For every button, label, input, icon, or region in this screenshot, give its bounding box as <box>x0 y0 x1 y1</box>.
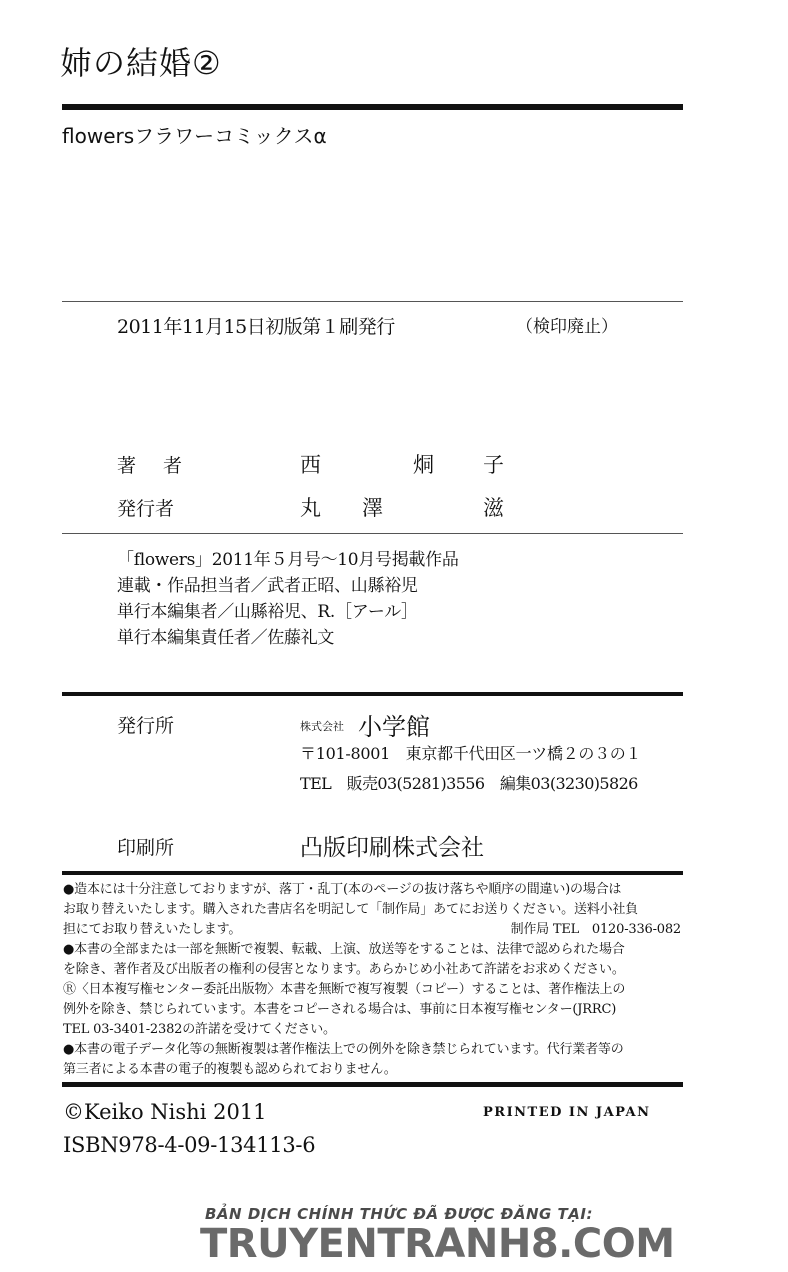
notice-line: Ⓡ〈日本複写権センター委託出版物〉本書を無断で複写複製（コピー）することは、著作… <box>63 980 683 1000</box>
notice-defects: ●造本には十分注意しておりますが、落丁・乱丁(本のページの抜け落ちや順序の間違い… <box>63 880 683 1080</box>
notice-line: を除き、著作者及び出版者の権利の侵害となります。あらかじめ小社あて許諾をお求めく… <box>63 960 683 980</box>
notice-line: 例外を除き、禁じられています。本書をコピーされる場合は、事前に日本複写権センター… <box>63 1000 683 1020</box>
notice-line: お取り替えいたします。購入された書店名を明記して「制作局」あてにお送りください。… <box>63 900 683 920</box>
credit-line: 単行本編集者／山縣裕児、R.［アール］ <box>117 597 418 622</box>
date-divider <box>62 301 683 302</box>
footer-divider <box>62 1082 683 1087</box>
copyright: ©Keiko Nishi 2011 <box>63 1100 267 1124</box>
publisher-divider <box>62 692 683 696</box>
notices-divider <box>62 871 683 875</box>
publisher-label: 発行者 <box>117 494 174 521</box>
company-tel: TEL 販売03(5281)3556 編集03(3230)5826 <box>300 771 638 794</box>
publisher-name-part-1: 丸 <box>300 492 321 522</box>
watermark-site: TRUYENTRANH8.COM <box>200 1221 675 1267</box>
notice-line: 第三者による本書の電子的複製も認められておりません。 <box>63 1060 683 1080</box>
credit-line: 連載・作品担当者／武者正昭、山縣裕児 <box>117 571 418 596</box>
printer-name: 凸版印刷株式会社 <box>300 829 484 862</box>
author-label: 著 者 <box>117 451 186 478</box>
author-name-part-3: 子 <box>483 449 504 479</box>
credit-line: 「flowers」2011年５月号～10月号掲載作品 <box>117 545 459 570</box>
printed-in-japan: PRINTED IN JAPAN <box>483 1105 650 1120</box>
book-title: 姉の結婚② <box>60 38 222 84</box>
notice-line: 担にてお取り替えいたします。 制作局 TEL 0120-336-082 <box>63 920 683 940</box>
company-name: 小学館 <box>358 707 430 742</box>
isbn: ISBN978-4-09-134113-6 <box>63 1133 315 1157</box>
author-name-part-1: 西 <box>300 449 321 479</box>
seal-note: （検印廃止） <box>516 312 618 337</box>
notice-line: ●造本には十分注意しておりますが、落丁・乱丁(本のページの抜け落ちや順序の間違い… <box>63 880 683 900</box>
notice-line: TEL 03-3401-2382の許諾を受けてください。 <box>63 1020 683 1040</box>
publisher-name-part-3: 滋 <box>483 492 504 522</box>
title-divider <box>62 104 683 110</box>
credit-line: 単行本編集責任者／佐藤礼文 <box>117 623 334 648</box>
printer-label: 印刷所 <box>117 833 174 860</box>
series-name: flowersフラワーコミックスα <box>62 120 327 149</box>
company-prefix: 株式会社 <box>300 718 344 734</box>
publication-date: 2011年11月15日初版第１刷発行 <box>117 312 395 339</box>
notice-line: ●本書の電子データ化等の無断複製は著作権法上での例外を除き禁じられています。代行… <box>63 1040 683 1060</box>
publisher-name-part-2: 澤 <box>362 492 383 522</box>
author-name-part-2: 烔 <box>413 449 434 479</box>
publisher-office-label: 発行所 <box>117 711 174 738</box>
notice-line: ●本書の全部または一部を無断で複製、転載、上演、放送等をすることは、法律で認めら… <box>63 940 683 960</box>
company-address: 〒101-8001 東京都千代田区一ツ橋２の３の１ <box>300 741 641 764</box>
production-tel: 制作局 TEL 0120-336-082 <box>511 920 681 940</box>
credits-divider <box>62 533 683 534</box>
notice-line-text: 担にてお取り替えいたします。 <box>63 922 241 937</box>
